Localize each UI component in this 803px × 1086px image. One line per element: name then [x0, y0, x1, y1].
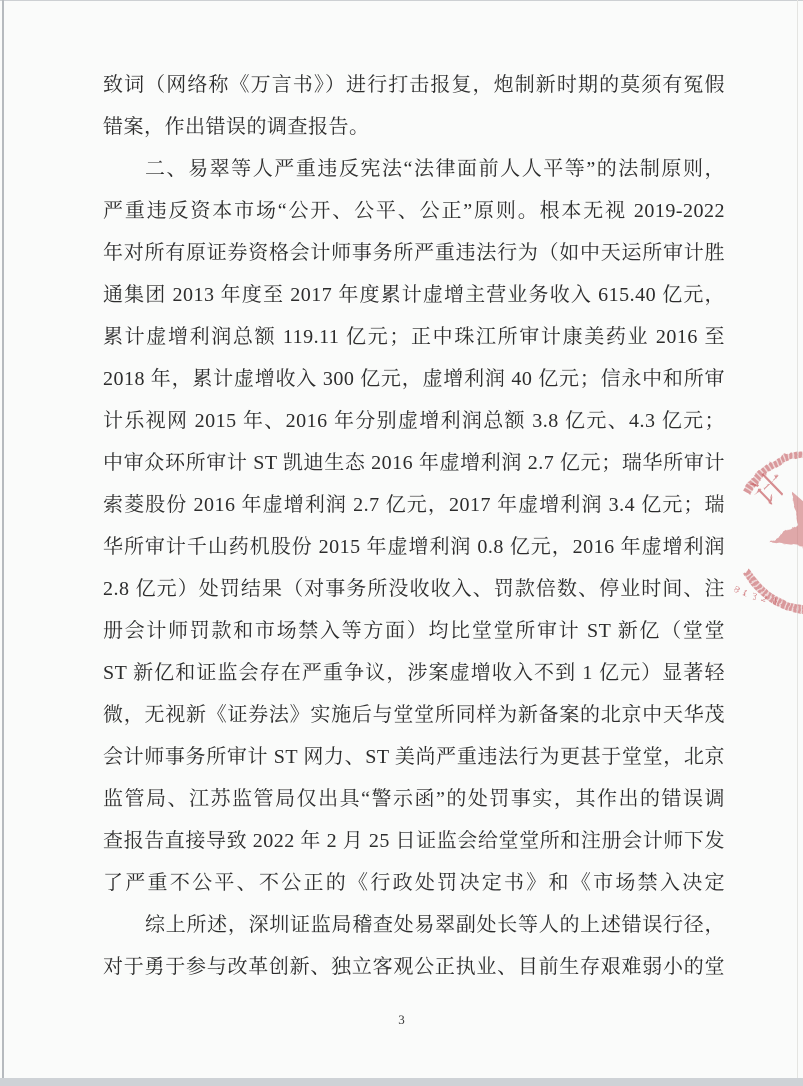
text-line: 计乐视网 2015 年、2016 年分别虚增利润总额 3.8 亿元、4.3 亿元…: [103, 400, 725, 442]
scan-edge-bottom: [0, 1078, 803, 1086]
text-line: 通集团 2013 年度至 2017 年度累计虚增主营业务收入 615.40 亿元…: [103, 274, 725, 316]
text-line: 中审众环所审计 ST 凯迪生态 2016 年虚增利润 2.7 亿元；瑞华所审计: [103, 442, 725, 484]
text-line: 致词（网络称《万言书》）进行打击报复，炮制新时期的莫须有冤假: [103, 64, 725, 106]
scan-edge-left: [2, 0, 4, 1086]
text-line: 错案，作出错误的调查报告。: [103, 106, 725, 148]
red-seal-stamp: 计 8 1 3 2 0: [725, 440, 803, 625]
text-line: 累计虚增利润总额 119.11 亿元；正中珠江所审计康美药业 2016 至: [103, 316, 725, 358]
text-line: 综上所述，深圳证监局稽查处易翠副处长等人的上述错误行径，: [103, 904, 725, 946]
text-line: 会计师事务所审计 ST 网力、ST 美尚严重违法行为更甚于堂堂，北京: [103, 736, 725, 778]
text-line: ST 新亿和证监会存在严重争议，涉案虚增收入不到 1 亿元）显著轻: [103, 652, 725, 694]
seal-serial-digits: 8 1 3 2 0: [732, 585, 778, 607]
text-line: 查报告直接导致 2022 年 2 月 25 日证监会给堂堂所和注册会计师下发: [103, 820, 725, 862]
text-line: 监管局、江苏监管局仅出具“警示函”的处罚事实，其作出的错误调: [103, 778, 725, 820]
seal-ring-bottom-arc: [747, 572, 803, 612]
seal-ring-top-arc: [747, 453, 803, 493]
seal-ring-bottom-arc-soft: [747, 572, 803, 612]
text-line: 索菱股份 2016 年虚增利润 2.7 亿元，2017 年虚增利润 3.4 亿元…: [103, 484, 725, 526]
text-line: 了严重不公平、不公正的《行政处罚决定书》和《市场禁入决定书》。: [103, 862, 725, 904]
text-line: 2018 年，累计虚增收入 300 亿元，虚增利润 40 亿元；信永中和所审: [103, 358, 725, 400]
text-line: 二、易翠等人严重违反宪法“法律面前人人平等”的法制原则，: [103, 148, 725, 190]
text-line: 2.8 亿元）处罚结果（对事务所没收收入、罚款倍数、停业时间、注: [103, 568, 725, 610]
scan-fold-line: [797, 0, 798, 1086]
document-page: 致词（网络称《万言书》）进行打击报复，炮制新时期的莫须有冤假错案，作出错误的调查…: [0, 0, 803, 1086]
text-line: 对于勇于参与改革创新、独立客观公正执业、目前生存艰难弱小的堂: [103, 946, 725, 988]
seal-ring-top-arc-soft: [747, 453, 803, 493]
page-number: 3: [0, 1012, 803, 1028]
document-body: 致词（网络称《万言书》）进行打击报复，炮制新时期的莫须有冤假错案，作出错误的调查…: [103, 64, 725, 988]
text-line: 微，无视新《证券法》实施后与堂堂所同样为新备案的北京中天华茂: [103, 694, 725, 736]
text-line: 册会计师罚款和市场禁入等方面）均比堂堂所审计 ST 新亿（堂堂所、: [103, 610, 725, 652]
seal-serial-number: 8 1 3 2 0: [732, 585, 778, 607]
text-line: 严重违反资本市场“公开、公平、公正”原则。根本无视 2019-2022: [103, 190, 725, 232]
text-line: 年对所有原证券资格会计师事务所严重违法行为（如中天运所审计胜: [103, 232, 725, 274]
text-line: 华所审计千山药机股份 2015 年虚增利润 0.8 亿元，2016 年虚增利润: [103, 526, 725, 568]
scan-edge-top: [0, 0, 803, 1]
seal-character: 计: [746, 465, 795, 515]
